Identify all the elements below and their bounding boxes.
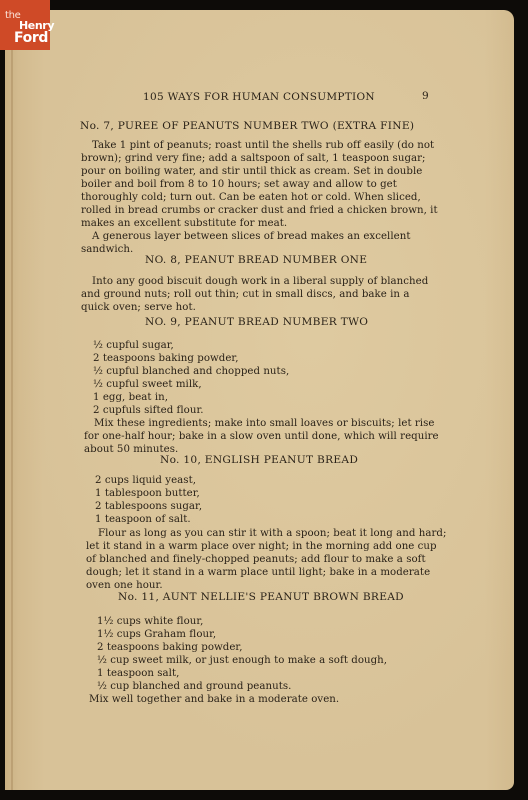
text-line: boiler and boil from 8 to 10 hours; set … <box>81 178 397 191</box>
recipe-heading: No. 11, AUNT NELLIE'S PEANUT BROWN BREAD <box>118 591 404 604</box>
text-line: and ground nuts; roll out thin; cut in s… <box>81 288 409 301</box>
henry-ford-logo: the Henry Ford <box>0 0 50 50</box>
text-line: Mix well together and bake in a moderate… <box>89 693 339 706</box>
text-line: for one-half hour; bake in a slow oven u… <box>84 430 439 443</box>
recipe-heading: No. 10, ENGLISH PEANUT BREAD <box>160 454 358 467</box>
ingredient-line: 2 teaspoons baking powder, <box>97 641 243 654</box>
text-line: A generous layer between slices of bread… <box>92 230 411 243</box>
text-line: makes an excellent substitute for meat. <box>81 217 287 230</box>
ingredient-line: ½ cup sweet milk, or just enough to make… <box>97 654 387 667</box>
ingredient-line: 2 cups liquid yeast, <box>95 474 196 487</box>
running-head-title: 105 WAYS FOR HUMAN CONSUMPTION <box>143 91 375 104</box>
page-spine-edge <box>11 10 13 790</box>
text-line: rolled in bread crumbs or cracker dust a… <box>81 204 438 217</box>
recipe-heading: No. 7, PUREE OF PEANUTS NUMBER TWO (EXTR… <box>80 120 414 133</box>
ingredient-line: 2 tablespoons sugar, <box>95 500 202 513</box>
text-line: thoroughly cold; turn out. Can be eaten … <box>81 191 421 204</box>
ingredient-line: 2 teaspoons baking powder, <box>93 352 239 365</box>
text-line: quick oven; serve hot. <box>81 301 196 314</box>
text-line: Mix these ingredients; make into small l… <box>94 417 434 430</box>
ingredient-line: 1 tablespoon butter, <box>95 487 200 500</box>
ingredient-line: 1 egg, beat in, <box>93 391 168 404</box>
text-line: of blanched and finely-chopped peanuts; … <box>86 553 426 566</box>
ingredient-line: 1½ cups Graham flour, <box>97 628 216 641</box>
page-number: 9 <box>422 90 429 103</box>
ingredient-line: 1 teaspoon salt, <box>97 667 179 680</box>
text-line: Take 1 pint of peanuts; roast until the … <box>92 139 434 152</box>
ingredient-line: 1 teaspoon of salt. <box>95 513 191 526</box>
text-line: sandwich. <box>81 243 133 256</box>
ingredient-line: ½ cupful sweet milk, <box>93 378 202 391</box>
text-line: Into any good biscuit dough work in a li… <box>92 275 428 288</box>
recipe-heading: NO. 9, PEANUT BREAD NUMBER TWO <box>145 316 368 329</box>
ingredient-line: ½ cup blanched and ground peanuts. <box>97 680 291 693</box>
recipe-heading: NO. 8, PEANUT BREAD NUMBER ONE <box>145 254 367 267</box>
text-line: let it stand in a warm place over night;… <box>86 540 437 553</box>
logo-ford: Ford <box>14 30 48 46</box>
text-line: pour on boiling water, and stir until th… <box>81 165 422 178</box>
ingredient-line: 2 cupfuls sifted flour. <box>93 404 204 417</box>
text-line: brown); grind very fine; add a saltspoon… <box>81 152 426 165</box>
text-line: dough; let it stand in a warm place unti… <box>86 566 430 579</box>
ingredient-line: ½ cupful blanched and chopped nuts, <box>93 365 289 378</box>
ingredient-line: ½ cupful sugar, <box>93 339 174 352</box>
ingredient-line: 1½ cups white flour, <box>97 615 203 628</box>
text-line: Flour as long as you can stir it with a … <box>98 527 446 540</box>
